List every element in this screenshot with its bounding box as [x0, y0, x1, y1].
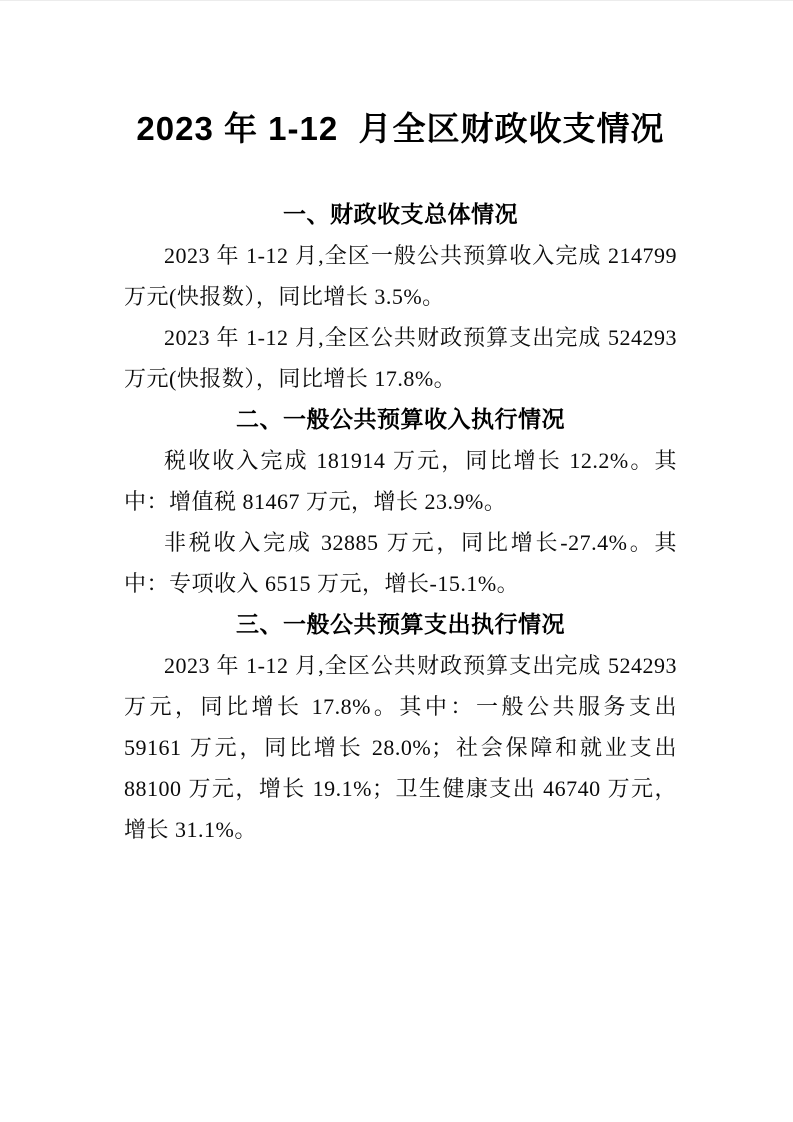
- section-2-heading: 二、一般公共预算收入执行情况: [124, 399, 677, 440]
- document-content: 2023 年 1-12 月全区财政收支情况 一、财政收支总体情况 2023 年 …: [124, 105, 677, 850]
- section-3-heading: 三、一般公共预算支出执行情况: [124, 604, 677, 645]
- section-2-paragraph-1: 税收收入完成 181914 万元，同比增长 12.2%。其中：增值税 81467…: [124, 440, 677, 522]
- page-title: 2023 年 1-12 月全区财政收支情况: [124, 105, 677, 153]
- section-3-paragraph-1: 2023 年 1-12 月,全区公共财政预算支出完成 524293 万元，同比增…: [124, 645, 677, 850]
- section-2-paragraph-2: 非税收入完成 32885 万元，同比增长-27.4%。其中：专项收入 6515 …: [124, 522, 677, 604]
- section-1-heading: 一、财政收支总体情况: [124, 194, 677, 235]
- section-1-paragraph-2: 2023 年 1-12 月,全区公共财政预算支出完成 524293 万元(快报数…: [124, 317, 677, 399]
- document-page: 2023 年 1-12 月全区财政收支情况 一、财政收支总体情况 2023 年 …: [0, 0, 793, 1122]
- section-1-paragraph-1: 2023 年 1-12 月,全区一般公共预算收入完成 214799 万元(快报数…: [124, 235, 677, 317]
